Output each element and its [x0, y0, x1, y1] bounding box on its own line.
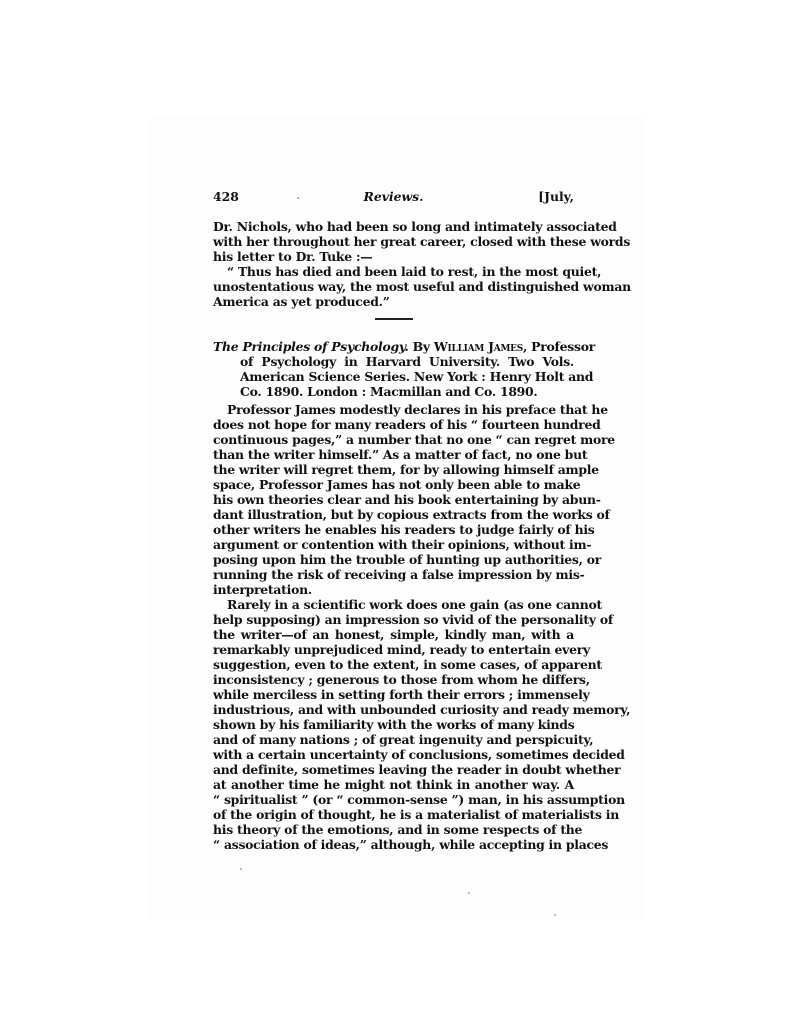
citation-line: Co. 1890. London : Macmillan and Co. 189… — [213, 384, 574, 399]
citation-line: of Psychology in Harvard University. Two… — [213, 354, 574, 369]
body-line: and definite, sometimes leaving the read… — [213, 762, 574, 777]
running-header: 428 Reviews. [July, — [213, 189, 574, 205]
body-line: continuous pages,” a number that no one … — [213, 432, 574, 447]
body-line: at another time he might not think in an… — [213, 777, 574, 792]
running-month: [July, — [538, 189, 574, 205]
citation-line: American Science Series. New York : Henr… — [213, 369, 574, 384]
body-line: the writer—of an honest, simple, kindly … — [213, 627, 574, 642]
body-line: than the writer himself.” As a matter of… — [213, 447, 574, 462]
body-line: industrious, and with unbounded curiosit… — [213, 702, 574, 717]
body-line: interpretation. — [213, 582, 574, 597]
citation-by: By — [413, 339, 430, 354]
review-body: Professor James modestly declares in his… — [213, 402, 574, 852]
scan-speck — [240, 868, 242, 870]
body-line: argument or contention with their opinio… — [213, 537, 574, 552]
body-line: with a certain uncertainty of conclusion… — [213, 747, 574, 762]
text-line: with her throughout her great career, cl… — [213, 234, 574, 249]
body-line: and of many nations ; of great ingenuity… — [213, 732, 574, 747]
body-line: “ association of ideas,” although, while… — [213, 837, 574, 852]
quote-line: “ Thus has died and been laid to rest, i… — [213, 264, 574, 279]
running-title: Reviews. — [213, 189, 574, 205]
body-line: other writers he enables his readers to … — [213, 522, 574, 537]
opening-paragraph: Dr. Nichols, who had been so long and in… — [213, 219, 574, 309]
body-line: his own theories clear and his book ente… — [213, 492, 574, 507]
body-line: of the origin of thought, he is a materi… — [213, 807, 574, 822]
body-line: Professor James modestly declares in his… — [213, 402, 574, 417]
quote-line: America as yet produced.” — [213, 294, 574, 309]
text-line: Dr. Nichols, who had been so long and in… — [213, 219, 574, 234]
body-line: shown by his familiarity with the works … — [213, 717, 574, 732]
body-line: inconsistency ; generous to those from w… — [213, 672, 574, 687]
text-line: his letter to Dr. Tuke :— — [213, 249, 574, 264]
body-line: dant illustration, but by copious extrac… — [213, 507, 574, 522]
citation-line: The Principles of Psychology. By William… — [213, 339, 574, 354]
body-line: suggestion, even to the extent, in some … — [213, 657, 574, 672]
section-divider — [375, 318, 413, 320]
citation-title: Principles of Psychology. — [242, 339, 408, 354]
quote-line: unostentatious way, the most useful and … — [213, 279, 574, 294]
citation-rest: Professor — [531, 339, 595, 354]
body-line: posing upon him the trouble of hunting u… — [213, 552, 574, 567]
citation-author: William James, — [434, 339, 527, 354]
body-line: while merciless in setting forth their e… — [213, 687, 574, 702]
body-line: help supposing) an impression so vivid o… — [213, 612, 574, 627]
scan-speck — [297, 197, 299, 199]
body-line: Rarely in a scientific work does one gai… — [213, 597, 574, 612]
body-line: space, Professor James has not only been… — [213, 477, 574, 492]
scan-speck — [468, 892, 470, 894]
body-line: remarkably unprejudiced mind, ready to e… — [213, 642, 574, 657]
body-line: running the risk of receiving a false im… — [213, 567, 574, 582]
body-line: “ spiritualist ” (or “ common-sense ”) m… — [213, 792, 574, 807]
body-line: the writer will regret them, for by allo… — [213, 462, 574, 477]
body-line: his theory of the emotions, and in some … — [213, 822, 574, 837]
body-line: does not hope for many readers of his “ … — [213, 417, 574, 432]
citation-title-prefix: The — [213, 339, 238, 354]
scan-speck — [239, 842, 241, 844]
book-citation: The Principles of Psychology. By William… — [213, 339, 574, 399]
scan-speck — [554, 914, 556, 916]
